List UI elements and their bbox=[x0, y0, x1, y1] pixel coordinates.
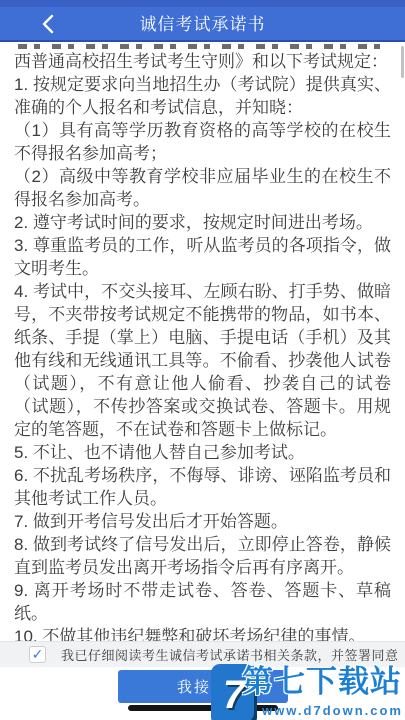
document-paragraph: 5. 不让、也不请他人替自己参加考试。 bbox=[14, 441, 391, 464]
header-bar: 诚信考试承诺书 bbox=[0, 0, 405, 42]
document-paragraph: 6. 不扰乱考场秩序，不侮辱、诽谤、诬陷监考员和其他考试工作人员。 bbox=[14, 464, 391, 510]
document-paragraph: 4. 考试中，不交头接耳、左顾右盼、打手势、做暗号，不夹带按考试规定不能携带的物… bbox=[14, 280, 391, 441]
document-paragraph: （1）具有高等学历教育资格的高等学校的在校生不得报名参加高考； bbox=[14, 119, 391, 165]
page-title: 诚信考试承诺书 bbox=[140, 10, 266, 35]
document-paragraph: （2）高级中等教育学校非应届毕业生的在校生不得报名参加高考。 bbox=[14, 165, 391, 211]
watermark-site-name: 第七下载站 bbox=[242, 656, 402, 701]
back-button[interactable] bbox=[42, 14, 58, 34]
document-paragraph: 7. 做到开考信号发出后才开始答题。 bbox=[14, 510, 391, 533]
agreement-checkbox[interactable]: ✓ bbox=[29, 646, 46, 663]
document-paragraph: 9. 离开考场时不带走试卷、答卷、答题卡、草稿纸。 bbox=[14, 579, 391, 625]
scrollbar-thumb[interactable] bbox=[401, 46, 404, 78]
document-paragraph: 10. 不做其他违纪舞弊和破坏考场纪律的事情。 bbox=[14, 625, 391, 641]
app-screen: 诚信考试承诺书 西普通高校招生考试考生守则》和以下考试规定：1. 按规定要求向当… bbox=[0, 0, 405, 720]
checkmark-icon: ✓ bbox=[32, 647, 44, 661]
chevron-left-icon bbox=[42, 14, 54, 34]
document-paragraph: 2. 遵守考试时间的要求，按规定时间进出考场。 bbox=[14, 211, 391, 234]
document-paragraph: 1. 按规定要求向当地招生办（考试院）提供真实、准确的个人报名和考试信息，并知晓… bbox=[14, 73, 391, 119]
document-paragraph: 8. 做到考试终了信号发出后，立即停止答卷，静候直到监考员发出离开考场指令后再有… bbox=[14, 533, 391, 579]
document-scroll-area[interactable]: 西普通高校招生考试考生守则》和以下考试规定：1. 按规定要求向当地招生办（考试院… bbox=[0, 44, 405, 641]
document-paragraph: 西普通高校招生考试考生守则》和以下考试规定： bbox=[14, 50, 391, 73]
watermark-site-url: www.d7down.com bbox=[262, 703, 403, 718]
document-text: 西普通高校招生考试考生守则》和以下考试规定：1. 按规定要求向当地招生办（考试院… bbox=[0, 50, 405, 641]
document-paragraph: 3. 尊重监考员的工作，听从监考员的各项指令，做文明考生。 bbox=[14, 234, 391, 280]
clipped-text-line bbox=[18, 44, 388, 49]
